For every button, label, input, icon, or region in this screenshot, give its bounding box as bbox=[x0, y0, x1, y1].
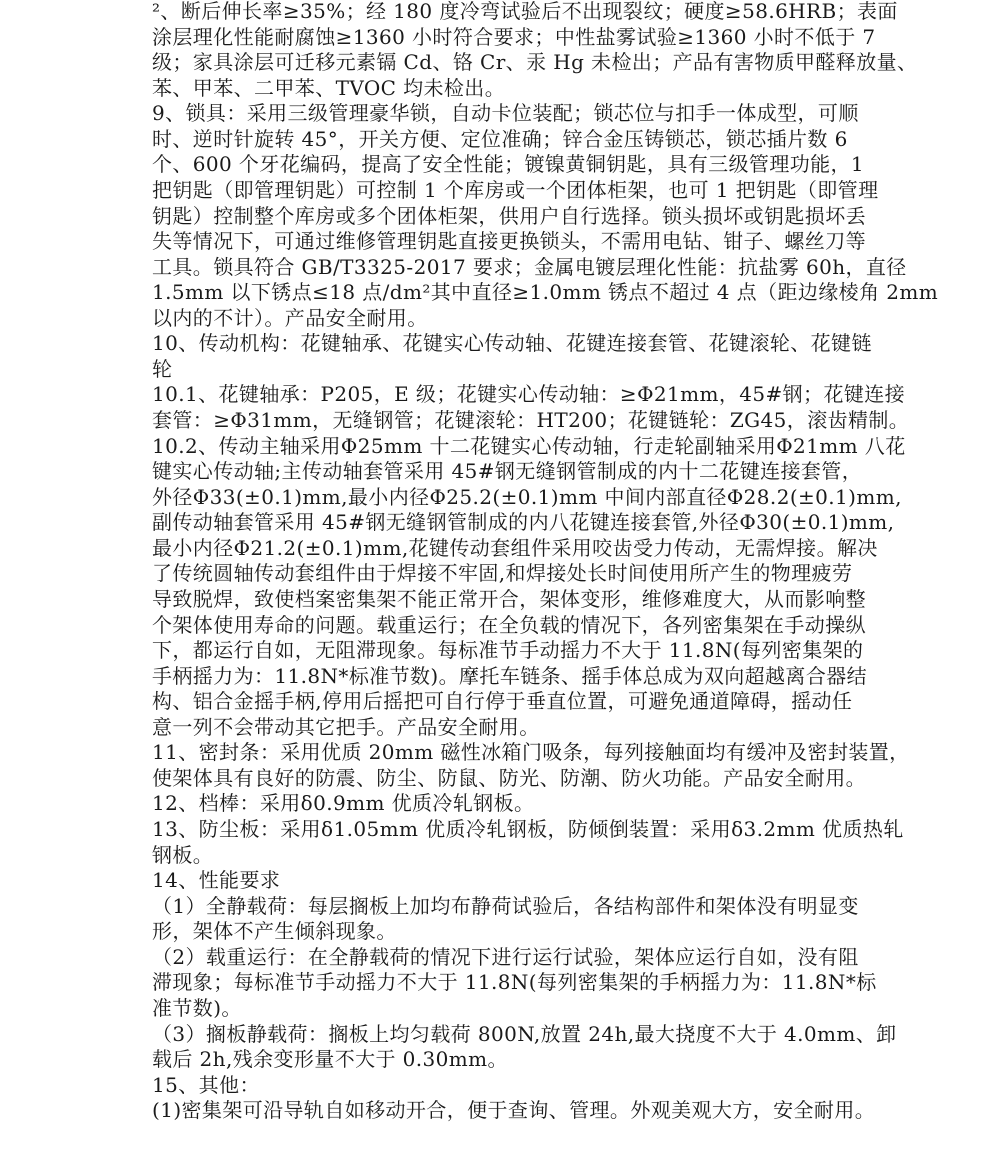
text-line: 导致脱焊，致使档案密集架不能正常开合，架体变形，维修难度大，从而影响整 bbox=[152, 587, 852, 613]
section-9-lock-heading: 9、锁具：采用三级管理豪华锁，自动卡位装配；锁芯位与扣手一体成型，可顺 bbox=[152, 101, 852, 127]
list-item-load-operation: （2）载重运行：在全静载荷的情况下进行运行试验，架体应运行自如，没有阻 bbox=[152, 945, 852, 971]
text-line: 外径Φ33(±0.1)mm,最小内径Φ25.2(±0.1)mm 中间内部直径Φ2… bbox=[152, 485, 852, 511]
text-line: 准节数)。 bbox=[152, 996, 852, 1022]
text-line: 键实心传动轴;主传动轴套管采用 45#钢无缝钢管制成的内十二花键连接套管， bbox=[152, 459, 852, 485]
text-line: 形，架体不产生倾斜现象。 bbox=[152, 919, 852, 945]
text-line: 苯、甲苯、二甲苯、TVOC 均未检出。 bbox=[152, 76, 852, 102]
section-10-1: 10.1、花键轴承：P205，E 级；花键实心传动轴：≥Φ21mm，45#钢；花… bbox=[152, 382, 852, 408]
text-line: 使架体具有良好的防震、防尘、防鼠、防光、防潮、防火功能。产品安全耐用。 bbox=[152, 766, 852, 792]
text-line: 构、铝合金摇手柄,停用后摇把可自行停于垂直位置，可避免通道障碍，摇动任 bbox=[152, 689, 852, 715]
text-line: 级；家具涂层可迁移元素镉 Cd、铬 Cr、汞 Hg 未检出；产品有害物质甲醛释放… bbox=[152, 50, 852, 76]
text-line: 下，都运行自如，无阻滞现象。每标准节手动摇力不大于 11.8N(每列密集架的 bbox=[152, 638, 852, 664]
text-line: 个架体使用寿命的问题。载重运行；在全负载的情况下，各列密集架在手动操纵 bbox=[152, 613, 852, 639]
text-line: 涂层理化性能耐腐蚀≥1360 小时符合要求；中性盐雾试验≥1360 小时不低于 … bbox=[152, 25, 852, 51]
text-line: 载后 2h,残余变形量不大于 0.30mm。 bbox=[152, 1047, 852, 1073]
section-11-seal-heading: 11、密封条：采用优质 20mm 磁性冰箱门吸条，每列接触面均有缓冲及密封装置， bbox=[152, 740, 852, 766]
document-page: ²、断后伸长率≥35%；经 180 度冷弯试验后不出现裂纹；硬度≥58.6HRB… bbox=[152, 0, 852, 1124]
text-line: 时、逆时针旋转 45°，开关方便、定位准确；锌合金压铸锁芯，锁芯插片数 6 bbox=[152, 127, 852, 153]
section-12-bar-heading: 12、档棒：采用δ0.9mm 优质冷轧钢板。 bbox=[152, 791, 852, 817]
text-line: 套管：≥Φ31mm，无缝钢管；花键滚轮：HT200；花键链轮：ZG45，滚齿精制… bbox=[152, 408, 852, 434]
section-13-dust-board-heading: 13、防尘板：采用δ1.05mm 优质冷轧钢板，防倾倒装置：采用δ3.2mm 优… bbox=[152, 817, 852, 843]
section-10-2: 10.2、传动主轴采用Φ25mm 十二花键实心传动轴，行走轮副轴采用Φ21mm … bbox=[152, 434, 852, 460]
text-line: 1.5mm 以下锈点≤18 点/dm²其中直径≥1.0mm 锈点不超过 4 点（… bbox=[152, 280, 852, 306]
section-10-transmission-heading: 10、传动机构：花键轴承、花键实心传动轴、花键连接套管、花键滚轮、花键链 bbox=[152, 331, 852, 357]
text-line: 最小内径Φ21.2(±0.1)mm,花键传动套组件采用咬齿受力传动，无需焊接。解… bbox=[152, 536, 852, 562]
list-item-other-1: (1)密集架可沿导轨自如移动开合，便于查询、管理。外观美观大方，安全耐用。 bbox=[152, 1098, 852, 1124]
text-line: 滞现象；每标准节手动摇力不大于 11.8N(每列密集架的手柄摇力为：11.8N*… bbox=[152, 970, 852, 996]
text-line: 钢板。 bbox=[152, 843, 852, 869]
text-line: 手柄摇力为：11.8N*标准节数)。摩托车链条、摇手体总成为双向超越离合器结 bbox=[152, 664, 852, 690]
text-line: 失等情况下，可通过维修管理钥匙直接更换锁头，不需用电钻、钳子、螺丝刀等 bbox=[152, 229, 852, 255]
section-14-performance-heading: 14、性能要求 bbox=[152, 868, 852, 894]
section-15-other-heading: 15、其他： bbox=[152, 1073, 852, 1099]
text-line: ²、断后伸长率≥35%；经 180 度冷弯试验后不出现裂纹；硬度≥58.6HRB… bbox=[152, 0, 852, 25]
text-line: 个、600 个牙花编码，提高了安全性能；镀镍黄铜钥匙，具有三级管理功能，1 bbox=[152, 152, 852, 178]
text-line: 副传动轴套管采用 45#钢无缝钢管制成的内八花键连接套管,外径Φ30(±0.1)… bbox=[152, 510, 852, 536]
text-line: 轮 bbox=[152, 357, 852, 383]
text-line: 以内的不计）。产品安全耐用。 bbox=[152, 306, 852, 332]
text-line: 了传统圆轴传动套组件由于焊接不牢固,和焊接处长时间使用所产生的物理疲劳 bbox=[152, 561, 852, 587]
text-line: 把钥匙（即管理钥匙）可控制 1 个库房或一个团体柜架，也可 1 把钥匙（即管理 bbox=[152, 178, 852, 204]
text-line: 钥匙）控制整个库房或多个团体柜架，供用户自行选择。锁头损坏或钥匙损坏丢 bbox=[152, 204, 852, 230]
text-line: 意一列不会带动其它把手。产品安全耐用。 bbox=[152, 715, 852, 741]
text-line: 工具。锁具符合 GB/T3325-2017 要求；金属电镀层理化性能：抗盐雾 6… bbox=[152, 255, 852, 281]
list-item-shelf-static-load: （3）搁板静载荷：搁板上均匀载荷 800N,放置 24h,最大挠度不大于 4.0… bbox=[152, 1022, 852, 1048]
list-item-static-load: （1）全静载荷：每层搁板上加均布静荷试验后，各结构部件和架体没有明显变 bbox=[152, 894, 852, 920]
